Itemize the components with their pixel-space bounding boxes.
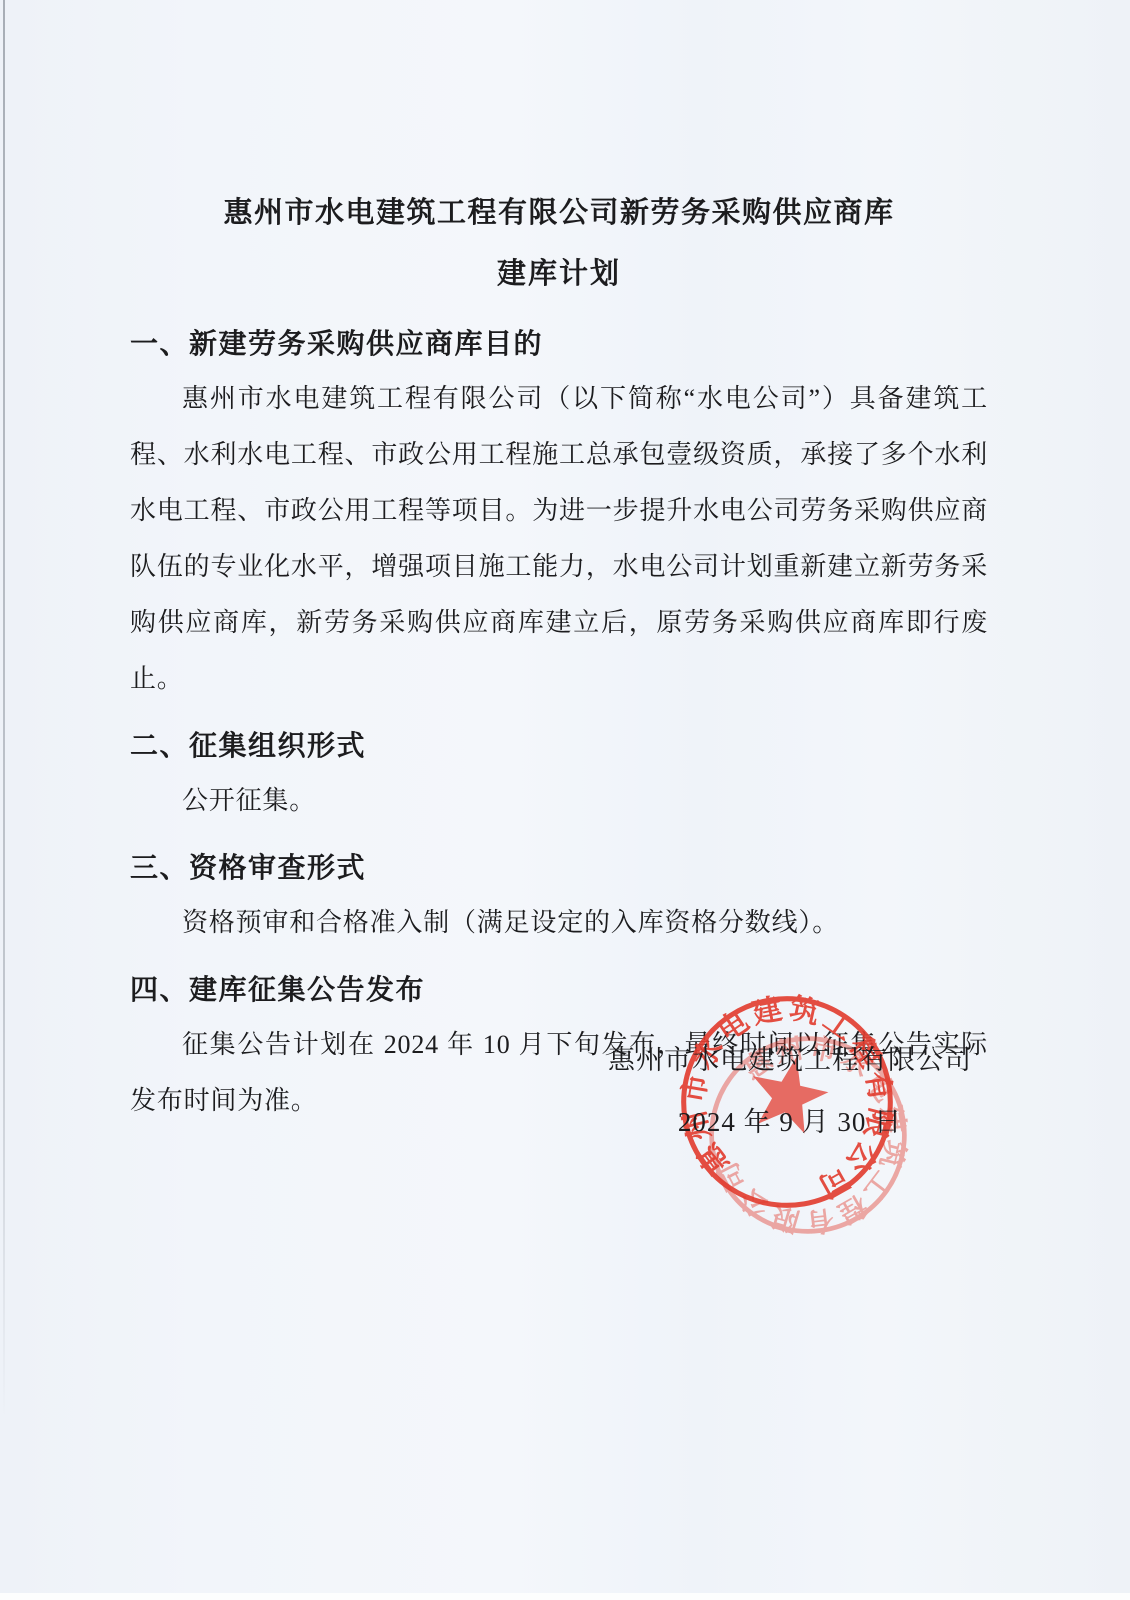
signature-date: 2024 年 9 月 30 日 [590,1102,990,1142]
scan-edge-artifact [3,0,5,1420]
document-title-line2: 建库计划 [130,253,988,295]
section-2-heading: 二、征集组织形式 [130,723,988,769]
document-title-line1: 惠州市水电建筑工程有限公司新劳务采购供应商库 [130,192,988,234]
signature-company: 惠州市水电建筑工程有限公司 [590,1040,990,1080]
section-1-body: 惠州市水电建筑工程有限公司（以下简称“水电公司”）具备建筑工程、水利水电工程、市… [130,371,988,707]
section-3-body: 资格预审和合格准入制（满足设定的入库资格分数线）。 [130,895,988,951]
section-3-heading: 三、资格审查形式 [130,845,988,891]
section-2-body: 公开征集。 [130,773,988,829]
scan-bottom-artifact [0,1593,1130,1600]
section-1-heading: 一、新建劳务采购供应商库目的 [130,321,988,367]
signature-block: 惠州市水电建筑工程有限公司 2024 年 9 月 30 日 [590,1040,990,1142]
document-page: 惠州市水电建筑工程有限公司新劳务采购供应商库 建库计划 一、新建劳务采购供应商库… [130,192,988,1129]
